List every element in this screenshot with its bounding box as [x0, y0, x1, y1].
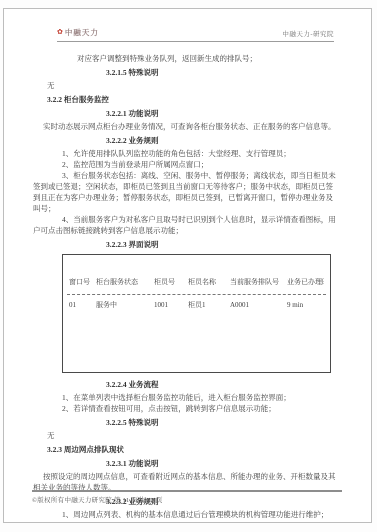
heading-3-2-2-4: 3.2.2.4 业务流程	[33, 379, 338, 390]
document-body: 对应客户调整到特殊业务队列，返回新生成的排队号； 3.2.1.5 特殊说明 无 …	[33, 53, 338, 520]
rule-item: 4、当前服务客户为对私客户且取号时已识别到个人信息时，显示详情查看图标，用户可点…	[33, 214, 338, 236]
flow-item: 2、若详情查看按钮可用，点击按钮，跳转到客户信息展示功能；	[33, 403, 338, 414]
table-cell-elapsed-time: 9 min	[287, 300, 324, 311]
table-cell-status: 服务中	[96, 300, 152, 311]
table-header-separator	[67, 294, 326, 295]
header-rule	[57, 41, 334, 42]
table-header-cell: 柜员号	[154, 277, 186, 288]
flow-item: 1、在菜单列表中选择柜台服务监控功能后，进入柜台服务监控界面；	[33, 392, 338, 403]
paragraph-3-2-2-1: 实时动态展示网点柜台办理业务情况，可查询各柜台服务状态、正在服务的客户信息等。	[33, 121, 338, 132]
heading-3-2-2: 3.2.2 柜台服务监控	[33, 94, 338, 105]
table-header-cell: 业务已办理时间	[287, 277, 324, 288]
heading-3-2-3: 3.2.3 周边网点排队现状	[33, 444, 338, 455]
table-cell-teller-no: 1001	[154, 300, 186, 311]
heading-3-2-1-5: 3.2.1.5 特殊说明	[33, 67, 338, 78]
heading-3-2-2-5: 3.2.2.5 特殊说明	[33, 417, 338, 428]
rule-item: 3、柜台服务状态包括：离线、空闲、服务中、暂停服务；离线状态，即当日柜员未签到或…	[33, 170, 338, 214]
none-text-2: 无	[33, 430, 338, 441]
table-cell-teller-name: 柜员1	[188, 300, 228, 311]
heading-3-2-2-1: 3.2.2.1 功能说明	[33, 108, 338, 119]
table-cell-window-no: 01	[69, 300, 94, 311]
footer-rule	[32, 490, 342, 492]
table-header-cell: 当前服务排队号	[230, 277, 285, 288]
logo-text: 中融天力	[65, 27, 99, 38]
heading-3-2-2-2: 3.2.2.2 业务规则	[33, 135, 338, 146]
table-header-cell: 柜员名称	[188, 277, 228, 288]
header-department-text: 中融天力-研究院	[282, 29, 334, 38]
interface-mock-table: 窗口号 柜台服务状态 柜员号 柜员名称 当前服务排队号 业务已办理时间 01 服…	[62, 254, 331, 373]
footer-copyright-text: ©版权所有中融天力研究院 第 11 页共 22 页	[32, 495, 342, 504]
heading-3-2-3-1: 3.2.3.1 功能说明	[33, 458, 338, 469]
document-header: ✿ 中融天力 中融天力-研究院	[57, 27, 334, 42]
table-header-cell: 柜台服务状态	[96, 277, 152, 288]
table-header-cell: 窗口号	[69, 277, 94, 288]
table-cell-queue-no: A0001	[230, 300, 285, 311]
document-footer: ©版权所有中融天力研究院 第 11 页共 22 页	[32, 490, 342, 504]
intro-paragraph: 对应客户调整到特殊业务队列，返回新生成的排队号；	[33, 53, 338, 64]
document-page: ✿ 中融天力 中融天力-研究院 对应客户调整到特殊业务队列，返回新生成的排队号；…	[3, 8, 372, 523]
none-text-1: 无	[33, 80, 338, 91]
flower-emblem-icon: ✿	[57, 29, 63, 36]
rule-item: 1、周边网点列表、机构的基本信息通过后台管理模块的机构管理功能进行维护；	[33, 509, 338, 520]
heading-3-2-2-3: 3.2.2.3 界面说明	[33, 239, 338, 250]
rule-item: 2、监控范围为当前登录用户所属网点窗口；	[33, 159, 338, 170]
company-logo: ✿ 中融天力	[57, 27, 99, 38]
rule-item: 1、允许使用排队队列监控功能的角色包括：大堂经理、支行管理员；	[33, 148, 338, 159]
table-row: 01 服务中 1001 柜员1 A0001 9 min	[63, 300, 330, 311]
table-header-row: 窗口号 柜台服务状态 柜员号 柜员名称 当前服务排队号 业务已办理时间	[63, 277, 330, 288]
